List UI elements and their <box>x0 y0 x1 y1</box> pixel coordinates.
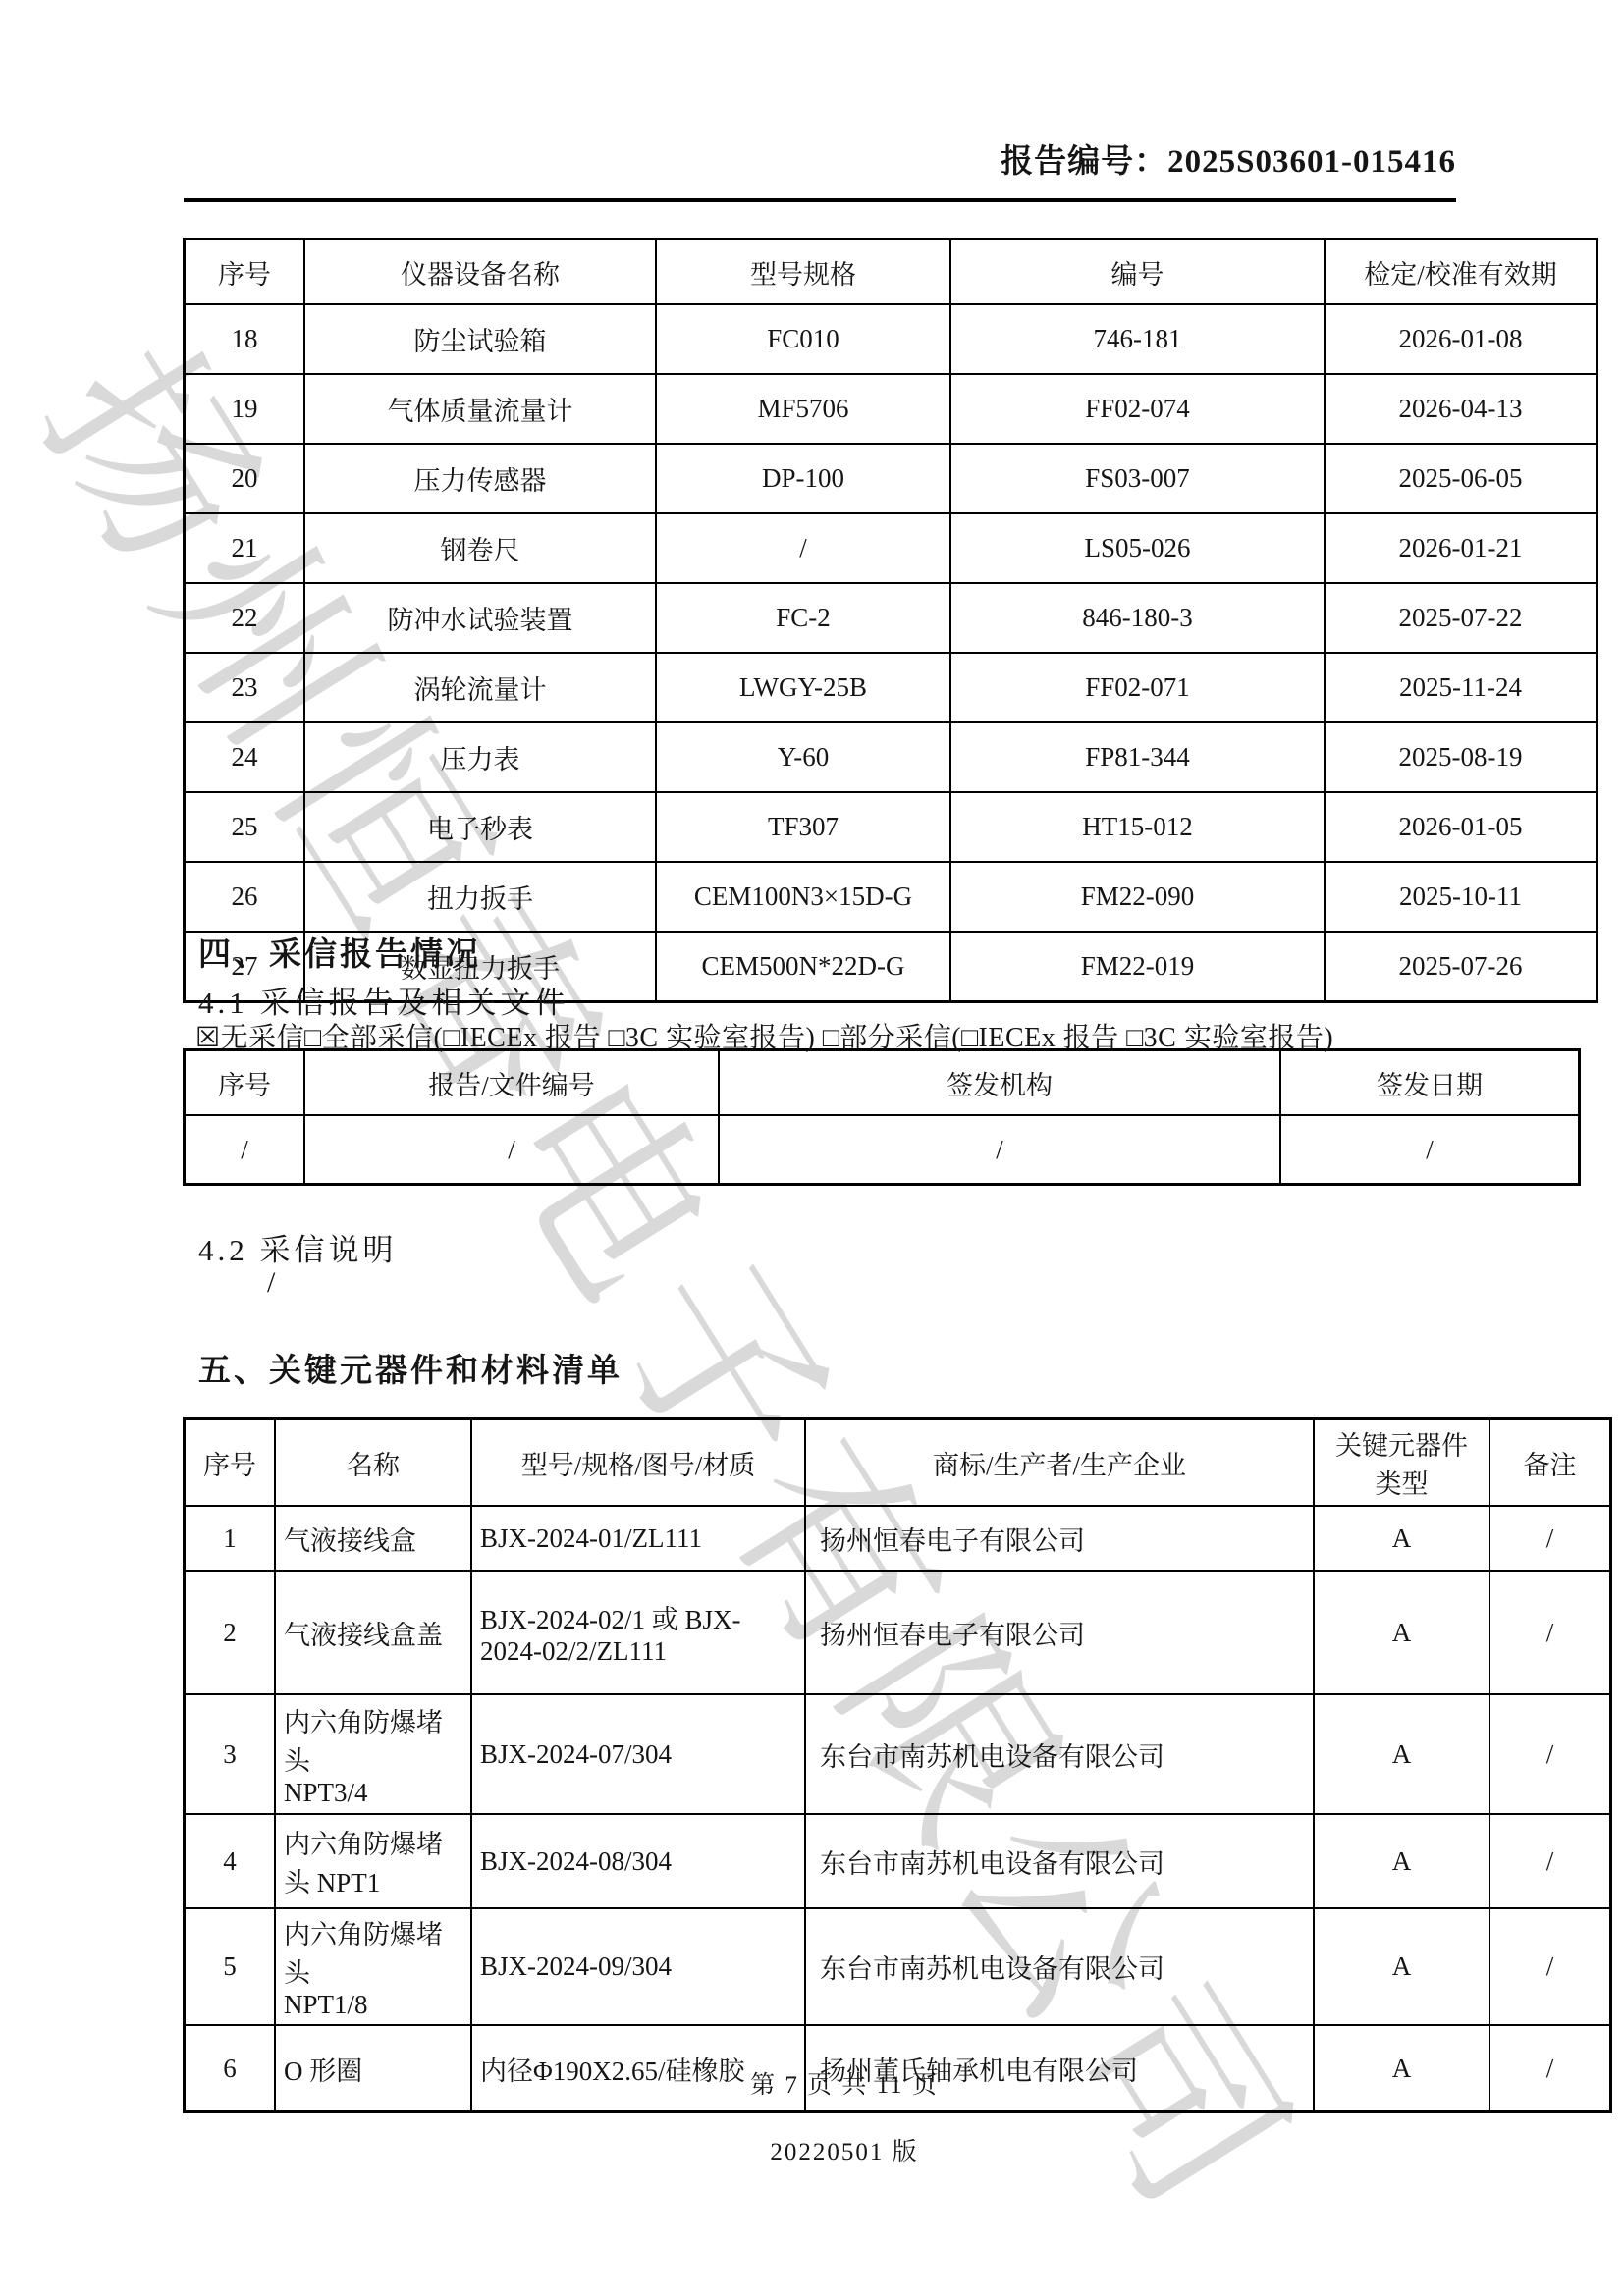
table-row: 4内六角防爆堵头 NPT1BJX-2024-08/304东台市南苏机电设备有限公… <box>185 1814 1611 1908</box>
column-header: 关键元器件类型 <box>1314 1419 1489 1507</box>
cell: 18 <box>185 304 305 374</box>
cell: 20 <box>185 444 305 513</box>
cell: 压力表 <box>304 722 656 792</box>
cell: 气液接线盒盖 <box>275 1571 471 1694</box>
cell: 2 <box>185 1571 276 1694</box>
cell: 防冲水试验装置 <box>304 583 656 653</box>
cell: / <box>185 1115 305 1185</box>
cell: 2025-08-19 <box>1325 722 1597 792</box>
table-row: 18防尘试验箱FC010746-1812026-01-08 <box>185 304 1597 374</box>
column-header: 检定/校准有效期 <box>1325 240 1597 305</box>
cell: / <box>1489 1814 1611 1908</box>
cell: CEM500N*22D-G <box>656 932 950 1002</box>
cell: BJX-2024-09/304 <box>471 1908 805 2025</box>
column-header: 编号 <box>950 240 1325 305</box>
table-row: 21钢卷尺/LS05-0262026-01-21 <box>185 513 1597 583</box>
cell: 23 <box>185 653 305 722</box>
cell: 2026-01-08 <box>1325 304 1597 374</box>
section4-sub42-value: / <box>267 1266 275 1300</box>
cell: / <box>719 1115 1280 1185</box>
cell: TF307 <box>656 792 950 862</box>
report-number: 报告编号：2025S03601-015416 <box>1001 135 1456 182</box>
cell: 24 <box>185 722 305 792</box>
section4-title: 四、采信报告情况 <box>198 929 481 975</box>
header-row: 序号报告/文件编号签发机构签发日期 <box>185 1050 1580 1116</box>
table-row: 3内六角防爆堵头 NPT3/4BJX-2024-07/304东台市南苏机电设备有… <box>185 1694 1611 1814</box>
adoption-checkbox-line: ☒无采信□全部采信(□IECEx 报告 □3C 实验室报告) □部分采信(□IE… <box>195 1016 1333 1055</box>
cell: FP81-344 <box>950 722 1325 792</box>
header-divider <box>184 198 1456 202</box>
cell: A <box>1314 1506 1489 1571</box>
cell: / <box>656 513 950 583</box>
cell: FS03-007 <box>950 444 1325 513</box>
cell: 东台市南苏机电设备有限公司 <box>805 1694 1314 1814</box>
cell: LWGY-25B <box>656 653 950 722</box>
report-number-value: 2025S03601-015416 <box>1167 144 1456 180</box>
cell: 涡轮流量计 <box>304 653 656 722</box>
cell: 2026-01-21 <box>1325 513 1597 583</box>
table-row: 22防冲水试验装置FC-2846-180-32025-07-22 <box>185 583 1597 653</box>
cell: 2025-06-05 <box>1325 444 1597 513</box>
cell: FC010 <box>656 304 950 374</box>
cell: 846-180-3 <box>950 583 1325 653</box>
cell: 扬州恒春电子有限公司 <box>805 1506 1314 1571</box>
cell: FM22-090 <box>950 862 1325 932</box>
document-page: 扬州恒春电子有限公司 报告编号：2025S03601-015416 序号仪器设备… <box>0 0 1624 2296</box>
cell: 21 <box>185 513 305 583</box>
section4-sub42: 4.2 采信说明 <box>198 1225 398 1269</box>
page-number: 第 7 页 共 11 页 <box>183 2065 1506 2101</box>
table-row: 2气液接线盒盖BJX-2024-02/1 或 BJX-2024-02/2/ZL1… <box>185 1571 1611 1694</box>
cell: 3 <box>185 1694 276 1814</box>
equipment-table-body: 18防尘试验箱FC010746-1812026-01-0819气体质量流量计MF… <box>185 304 1597 1002</box>
cell: DP-100 <box>656 444 950 513</box>
cell: / <box>1280 1115 1580 1185</box>
equipment-table: 序号仪器设备名称型号规格编号检定/校准有效期 18防尘试验箱FC010746-1… <box>183 238 1598 1003</box>
cell: / <box>1489 2025 1611 2112</box>
column-header: 名称 <box>275 1419 471 1507</box>
cell: A <box>1314 1571 1489 1694</box>
cell: A <box>1314 1814 1489 1908</box>
cell: BJX-2024-07/304 <box>471 1694 805 1814</box>
column-header: 商标/生产者/生产企业 <box>805 1419 1314 1507</box>
cell: 1 <box>185 1506 276 1571</box>
header-row: 序号仪器设备名称型号规格编号检定/校准有效期 <box>185 240 1597 305</box>
adoption-table-body: //// <box>185 1115 1580 1185</box>
cell: 22 <box>185 583 305 653</box>
report-number-label: 报告编号： <box>1001 144 1167 180</box>
cell: 东台市南苏机电设备有限公司 <box>805 1814 1314 1908</box>
table-row: 5内六角防爆堵头 NPT1/8BJX-2024-09/304东台市南苏机电设备有… <box>185 1908 1611 2025</box>
cell: 东台市南苏机电设备有限公司 <box>805 1908 1314 2025</box>
cell: 电子秒表 <box>304 792 656 862</box>
cell: 内六角防爆堵头 NPT1/8 <box>275 1908 471 2025</box>
header-row: 序号名称型号/规格/图号/材质商标/生产者/生产企业关键元器件类型备注 <box>185 1419 1611 1507</box>
cell: 内六角防爆堵头 NPT1 <box>275 1814 471 1908</box>
table-row: 24压力表Y-60FP81-3442025-08-19 <box>185 722 1597 792</box>
cell: 气液接线盒 <box>275 1506 471 1571</box>
form-version: 20220501 版 <box>183 2132 1506 2167</box>
adoption-table-head: 序号报告/文件编号签发机构签发日期 <box>185 1050 1580 1116</box>
column-header: 备注 <box>1489 1419 1611 1507</box>
cell: BJX-2024-08/304 <box>471 1814 805 1908</box>
components-table-body: 1气液接线盒BJX-2024-01/ZL111扬州恒春电子有限公司A/2气液接线… <box>185 1506 1611 2112</box>
cell: 746-181 <box>950 304 1325 374</box>
cell: 防尘试验箱 <box>304 304 656 374</box>
cell: 2025-07-26 <box>1325 932 1597 1002</box>
cell: A <box>1314 1694 1489 1814</box>
equipment-table-head: 序号仪器设备名称型号规格编号检定/校准有效期 <box>185 240 1597 305</box>
section5-title: 五、关键元器件和材料清单 <box>198 1345 623 1391</box>
cell: BJX-2024-02/1 或 BJX-2024-02/2/ZL111 <box>471 1571 805 1694</box>
cell: / <box>1489 1908 1611 2025</box>
adoption-table: 序号报告/文件编号签发机构签发日期 //// <box>183 1048 1581 1186</box>
table-row: //// <box>185 1115 1580 1185</box>
cell: 2025-11-24 <box>1325 653 1597 722</box>
column-header: 序号 <box>185 1050 305 1116</box>
cell: 扭力扳手 <box>304 862 656 932</box>
cell: 扬州恒春电子有限公司 <box>805 1571 1314 1694</box>
table-row: 19气体质量流量计MF5706FF02-0742026-04-13 <box>185 374 1597 444</box>
table-row: 23涡轮流量计LWGY-25BFF02-0712025-11-24 <box>185 653 1597 722</box>
cell: 2026-04-13 <box>1325 374 1597 444</box>
components-table-head: 序号名称型号/规格/图号/材质商标/生产者/生产企业关键元器件类型备注 <box>185 1419 1611 1507</box>
table-row: 20压力传感器DP-100FS03-0072025-06-05 <box>185 444 1597 513</box>
cell: MF5706 <box>656 374 950 444</box>
cell: FF02-071 <box>950 653 1325 722</box>
cell: 25 <box>185 792 305 862</box>
cell: A <box>1314 1908 1489 2025</box>
cell: FF02-074 <box>950 374 1325 444</box>
column-header: 序号 <box>185 1419 276 1507</box>
table-row: 26扭力扳手CEM100N3×15D-GFM22-0902025-10-11 <box>185 862 1597 932</box>
cell: 压力传感器 <box>304 444 656 513</box>
cell: 内六角防爆堵头 NPT3/4 <box>275 1694 471 1814</box>
cell: 2026-01-05 <box>1325 792 1597 862</box>
cell: Y-60 <box>656 722 950 792</box>
column-header: 型号规格 <box>656 240 950 305</box>
cell: BJX-2024-01/ZL111 <box>471 1506 805 1571</box>
cell: / <box>1489 1506 1611 1571</box>
table-row: 25电子秒表TF307HT15-0122026-01-05 <box>185 792 1597 862</box>
cell: 2025-10-11 <box>1325 862 1597 932</box>
cell: / <box>1489 1694 1611 1814</box>
column-header: 报告/文件编号 <box>304 1050 719 1116</box>
cell: 5 <box>185 1908 276 2025</box>
cell: / <box>304 1115 719 1185</box>
cell: 2025-07-22 <box>1325 583 1597 653</box>
cell: HT15-012 <box>950 792 1325 862</box>
column-header: 序号 <box>185 240 305 305</box>
cell: FC-2 <box>656 583 950 653</box>
table-row: 1气液接线盒BJX-2024-01/ZL111扬州恒春电子有限公司A/ <box>185 1506 1611 1571</box>
cell: / <box>1489 1571 1611 1694</box>
cell: 4 <box>185 1814 276 1908</box>
cell: FM22-019 <box>950 932 1325 1002</box>
cell: CEM100N3×15D-G <box>656 862 950 932</box>
cell: 19 <box>185 374 305 444</box>
column-header: 签发日期 <box>1280 1050 1580 1116</box>
column-header: 签发机构 <box>719 1050 1280 1116</box>
column-header: 仪器设备名称 <box>304 240 656 305</box>
cell: 26 <box>185 862 305 932</box>
column-header: 型号/规格/图号/材质 <box>471 1419 805 1507</box>
components-table: 序号名称型号/规格/图号/材质商标/生产者/生产企业关键元器件类型备注 1气液接… <box>183 1417 1612 2113</box>
cell: LS05-026 <box>950 513 1325 583</box>
cell: 钢卷尺 <box>304 513 656 583</box>
cell: 气体质量流量计 <box>304 374 656 444</box>
